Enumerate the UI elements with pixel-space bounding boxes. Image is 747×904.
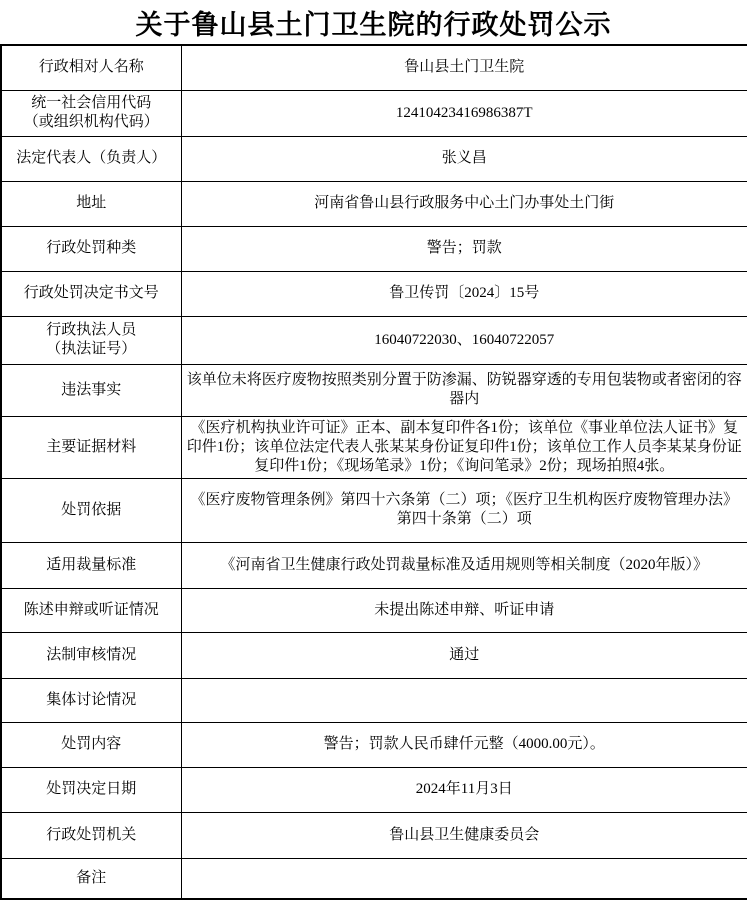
row-value: 16040722030、16040722057 <box>181 316 747 364</box>
row-label: 适用裁量标准 <box>1 542 181 588</box>
row-label: 处罚内容 <box>1 722 181 767</box>
row-value: 警告；罚款人民币肆仟元整（4000.00元）。 <box>181 722 747 767</box>
row-value: 河南省鲁山县行政服务中心土门办事处土门街 <box>181 181 747 226</box>
table-row: 统一社会信用代码 （或组织机构代码）12410423416986387T <box>1 90 747 136</box>
row-label: 法定代表人（负责人） <box>1 136 181 181</box>
table-row: 法定代表人（负责人）张义昌 <box>1 136 747 181</box>
table-row: 处罚内容警告；罚款人民币肆仟元整（4000.00元）。 <box>1 722 747 767</box>
row-label: 处罚决定日期 <box>1 767 181 812</box>
row-label: 行政处罚决定书文号 <box>1 271 181 316</box>
row-value: 12410423416986387T <box>181 90 747 136</box>
row-label: 备注 <box>1 858 181 899</box>
table-row: 处罚决定日期2024年11月3日 <box>1 767 747 812</box>
penalty-table-body: 行政相对人名称鲁山县土门卫生院统一社会信用代码 （或组织机构代码）1241042… <box>1 45 747 899</box>
row-label: 地址 <box>1 181 181 226</box>
page-title: 关于鲁山县土门卫生院的行政处罚公示 <box>0 0 747 44</box>
table-row: 主要证据材料《医疗机构执业许可证》正本、副本复印件各1份；该单位《事业单位法人证… <box>1 416 747 478</box>
row-value: 未提出陈述申辩、听证申请 <box>181 588 747 632</box>
row-label: 陈述申辩或听证情况 <box>1 588 181 632</box>
table-row: 备注 <box>1 858 747 899</box>
penalty-announcement-page: 关于鲁山县土门卫生院的行政处罚公示 行政相对人名称鲁山县土门卫生院统一社会信用代… <box>0 0 747 904</box>
table-row: 集体讨论情况 <box>1 678 747 722</box>
table-row: 适用裁量标准《河南省卫生健康行政处罚裁量标准及适用规则等相关制度（2020年版）… <box>1 542 747 588</box>
table-row: 行政执法人员 （执法证号）16040722030、16040722057 <box>1 316 747 364</box>
row-label: 行政执法人员 （执法证号） <box>1 316 181 364</box>
penalty-table: 行政相对人名称鲁山县土门卫生院统一社会信用代码 （或组织机构代码）1241042… <box>0 44 747 900</box>
row-value: 鲁卫传罚〔2024〕15号 <box>181 271 747 316</box>
row-value: 鲁山县卫生健康委员会 <box>181 812 747 858</box>
table-row: 行政处罚决定书文号鲁卫传罚〔2024〕15号 <box>1 271 747 316</box>
row-value: 《医疗废物管理条例》第四十六条第（二）项；《医疗卫生机构医疗废物管理办法》第四十… <box>181 478 747 542</box>
row-label: 违法事实 <box>1 364 181 416</box>
table-row: 违法事实该单位未将医疗废物按照类别分置于防渗漏、防锐器穿透的专用包装物或者密闭的… <box>1 364 747 416</box>
row-value: 该单位未将医疗废物按照类别分置于防渗漏、防锐器穿透的专用包装物或者密闭的容器内 <box>181 364 747 416</box>
row-value <box>181 858 747 899</box>
row-value: 警告；罚款 <box>181 226 747 271</box>
table-row: 行政处罚机关鲁山县卫生健康委员会 <box>1 812 747 858</box>
row-label: 集体讨论情况 <box>1 678 181 722</box>
row-value: 《河南省卫生健康行政处罚裁量标准及适用规则等相关制度（2020年版）》 <box>181 542 747 588</box>
row-label: 主要证据材料 <box>1 416 181 478</box>
row-value: 通过 <box>181 632 747 678</box>
table-row: 法制审核情况通过 <box>1 632 747 678</box>
row-label: 行政处罚机关 <box>1 812 181 858</box>
row-label: 处罚依据 <box>1 478 181 542</box>
row-label: 行政处罚种类 <box>1 226 181 271</box>
table-row: 行政处罚种类警告；罚款 <box>1 226 747 271</box>
row-value: 张义昌 <box>181 136 747 181</box>
row-value: 鲁山县土门卫生院 <box>181 45 747 90</box>
row-label: 法制审核情况 <box>1 632 181 678</box>
table-row: 处罚依据《医疗废物管理条例》第四十六条第（二）项；《医疗卫生机构医疗废物管理办法… <box>1 478 747 542</box>
row-value: 《医疗机构执业许可证》正本、副本复印件各1份；该单位《事业单位法人证书》复印件1… <box>181 416 747 478</box>
row-value <box>181 678 747 722</box>
table-row: 行政相对人名称鲁山县土门卫生院 <box>1 45 747 90</box>
row-value: 2024年11月3日 <box>181 767 747 812</box>
table-row: 陈述申辩或听证情况未提出陈述申辩、听证申请 <box>1 588 747 632</box>
table-row: 地址河南省鲁山县行政服务中心土门办事处土门街 <box>1 181 747 226</box>
row-label: 行政相对人名称 <box>1 45 181 90</box>
row-label: 统一社会信用代码 （或组织机构代码） <box>1 90 181 136</box>
